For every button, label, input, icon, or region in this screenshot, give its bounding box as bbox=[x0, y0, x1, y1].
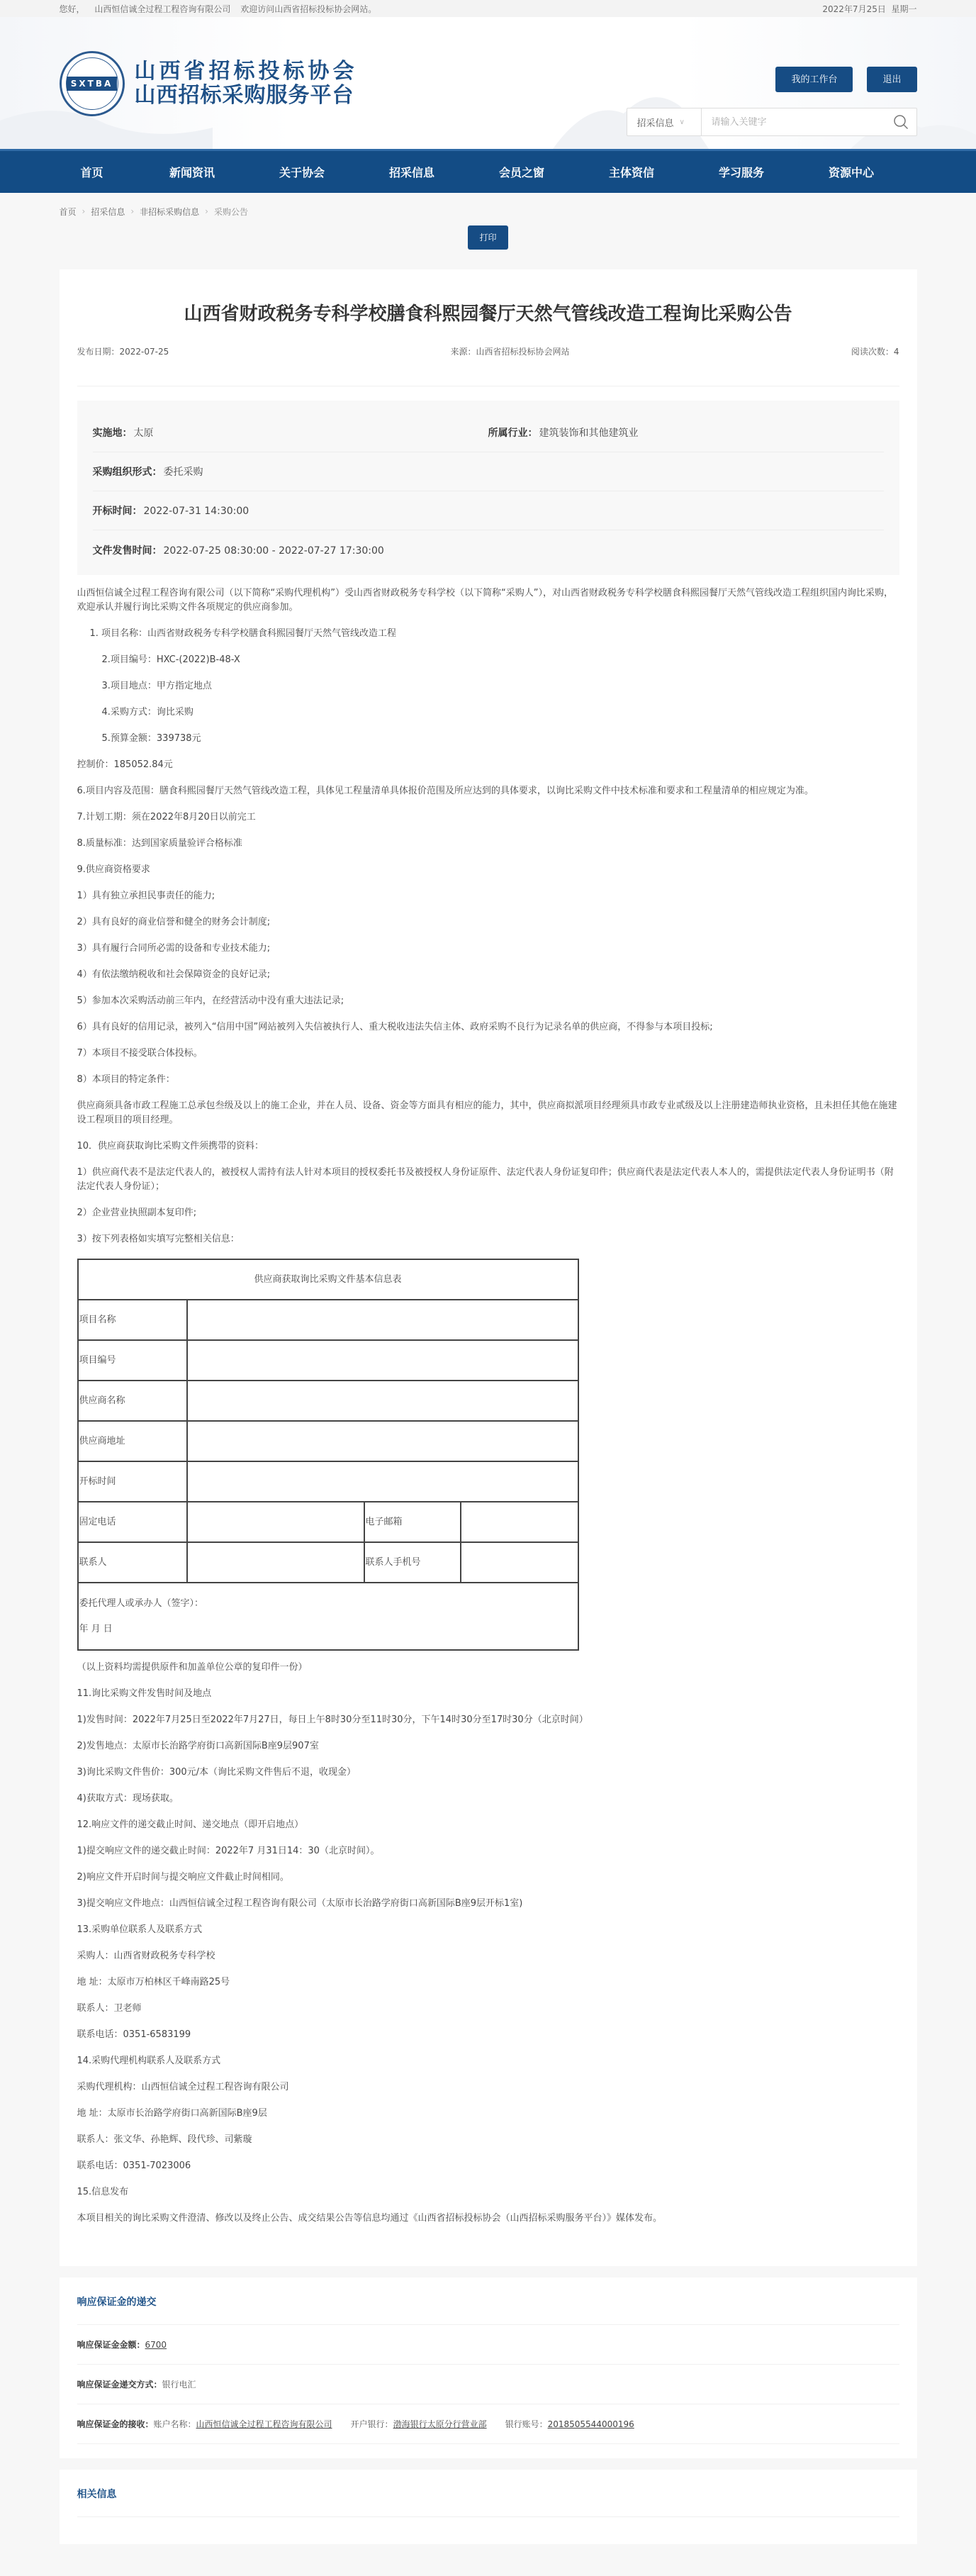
breadcrumb-item[interactable]: 首页 bbox=[60, 206, 77, 218]
body-paragraph: 12.响应文件的递交截止时间、递交地点（即开启地点） bbox=[77, 1818, 899, 1832]
logo-badge: SXTBA bbox=[67, 77, 118, 91]
search-category-select[interactable]: 招采信息 ∨ bbox=[627, 108, 702, 135]
top-bar: 您好， 山西恒信诚全过程工程咨询有限公司 欢迎访问山西省招标投标协会网站。 20… bbox=[0, 0, 976, 17]
table-row-label: 供应商名称 bbox=[78, 1381, 187, 1421]
body-paragraph: 14.采购代理机构联系人及联系方式 bbox=[77, 2054, 899, 2068]
body-paragraph: 4）有依法缴纳税收和社会保障资金的良好记录; bbox=[77, 968, 899, 982]
breadcrumb-item[interactable]: 非招标采购信息 bbox=[140, 206, 199, 218]
body-paragraph: 联系人：张文华、孙艳辉、段代珍、司紫璇 bbox=[77, 2133, 899, 2147]
info-row-org-form: 采购组织形式：委托采购 bbox=[93, 452, 884, 491]
site-logo[interactable]: SXTBA 山西省招标投标协会 山西招标采购服务平台 bbox=[60, 51, 358, 116]
logo-line-1: 山西省招标投标协会 bbox=[135, 60, 358, 84]
body-paragraph: 采购代理机构：山西恒信诚全过程工程咨询有限公司 bbox=[77, 2080, 899, 2095]
nav-item[interactable]: 首页 bbox=[60, 164, 138, 180]
body-paragraph: 控制价：185052.84元 bbox=[77, 758, 899, 772]
project-info-box: 实施地：太原 所属行业：建筑装饰和其他建筑业 采购组织形式：委托采购 开标时间：… bbox=[77, 401, 899, 575]
info-row-sale-time: 文件发售时间：2022-07-25 08:30:00 - 2022-07-27 … bbox=[93, 530, 884, 569]
body-paragraph: 地 址：太原市万柏林区千峰南路25号 bbox=[77, 1975, 899, 1990]
org-form-label: 采购组织形式： bbox=[93, 467, 162, 478]
logout-button[interactable]: 退出 bbox=[867, 67, 916, 92]
body-paragraph: 4.采购方式：询比采购 bbox=[77, 706, 899, 720]
search-icon[interactable] bbox=[885, 114, 916, 130]
deposit-method-value: 银行电汇 bbox=[162, 2378, 196, 2390]
email-label: 电子邮箱 bbox=[364, 1502, 461, 1542]
sale-time-label: 文件发售时间： bbox=[93, 545, 162, 557]
account-no-link[interactable]: 2018505544000196 bbox=[548, 2419, 634, 2429]
header-buttons: 我的工作台 退出 bbox=[775, 67, 916, 92]
table-cell-blank bbox=[187, 1300, 578, 1340]
nav-item[interactable]: 学习服务 bbox=[687, 164, 797, 180]
body-paragraph: 5）参加本次采购活动前三年内，在经营活动中没有重大违法记录; bbox=[77, 994, 899, 1008]
view-count-label: 阅读次数： bbox=[851, 347, 894, 357]
body-paragraph: 6）具有良好的信用记录，被列入“信用中国”网站被列入失信被执行人、重大税收违法失… bbox=[77, 1020, 899, 1035]
greeting-company: 山西恒信诚全过程工程咨询有限公司 bbox=[94, 4, 230, 14]
search-category-label: 招采信息 bbox=[637, 116, 674, 129]
info-row-location: 实施地：太原 所属行业：建筑装饰和其他建筑业 bbox=[93, 413, 884, 452]
breadcrumb-item: 采购公告 bbox=[214, 206, 248, 218]
related-info-section: 相关信息 bbox=[60, 2470, 917, 2544]
deposit-receive-label: 响应保证金的接收： bbox=[77, 2418, 154, 2430]
source-label: 来源： bbox=[451, 347, 476, 357]
table-row: 开标时间 bbox=[78, 1461, 578, 1502]
body-paragraph: 13.采购单位联系人及联系方式 bbox=[77, 1923, 899, 1937]
body-paragraph: 1)发售时间：2022年7月25日至2022年7月27日，每日上午8时30分至1… bbox=[77, 1713, 899, 1727]
table-row-label: 供应商地址 bbox=[78, 1421, 187, 1461]
phone-label: 固定电话 bbox=[78, 1502, 187, 1542]
table-cell-blank bbox=[187, 1381, 578, 1421]
table-row: 项目编号 bbox=[78, 1340, 578, 1381]
site-header: SXTBA 山西省招标投标协会 山西招标采购服务平台 我的工作台 退出 招采信息… bbox=[0, 17, 976, 149]
nav-item[interactable]: 新闻资讯 bbox=[138, 164, 247, 180]
mobile-label: 联系人手机号 bbox=[364, 1542, 461, 1583]
account-no-group: 银行账号：2018505544000196 bbox=[505, 2418, 634, 2430]
table-title: 供应商获取询比采购文件基本信息表 bbox=[78, 1259, 578, 1300]
body-paragraph: 3）具有履行合同所必需的设备和专业技术能力; bbox=[77, 942, 899, 956]
org-form-value: 委托采购 bbox=[164, 467, 203, 478]
weekday-text: 星期一 bbox=[891, 4, 916, 14]
table-row: 供应商名称 bbox=[78, 1381, 578, 1421]
article-body: 山西恒信诚全过程工程咨询有限公司（以下简称“采购代理机构”）受山西省财政税务专科… bbox=[77, 586, 899, 2226]
logo-emblem: SXTBA bbox=[60, 51, 125, 116]
table-cell-blank bbox=[461, 1502, 578, 1542]
body-paragraph: 山西恒信诚全过程工程咨询有限公司（以下简称“采购代理机构”）受山西省财政税务专科… bbox=[77, 586, 899, 615]
table-row-label: 项目编号 bbox=[78, 1340, 187, 1381]
contact-label: 联系人 bbox=[78, 1542, 187, 1583]
body-paragraph: 6.项目内容及范围：膳食科熙园餐厅天然气管线改造工程，具体见工程量清单具体报价范… bbox=[77, 784, 899, 798]
deposit-section-title: 响应保证金的递交 bbox=[77, 2295, 899, 2325]
body-paragraph: 7.计划工期：须在2022年8月20日以前完工 bbox=[77, 810, 899, 825]
body-paragraph: （以上资料均需提供原件和加盖单位公章的复印件一份） bbox=[77, 1661, 899, 1675]
signature-label: 委托代理人或承办人（签字）： bbox=[79, 1591, 577, 1617]
bank-label: 开户银行： bbox=[351, 2419, 393, 2429]
table-cell-blank bbox=[187, 1461, 578, 1502]
article-card: 山西省财政税务专科学校膳食科熙园餐厅天然气管线改造工程询比采购公告 发布日期：2… bbox=[60, 269, 917, 2266]
article-meta: 发布日期：2022-07-25 来源：山西省招标投标协会网站 阅读次数：4 bbox=[77, 345, 899, 386]
deposit-amount-row: 响应保证金金额： 6700 bbox=[77, 2325, 899, 2365]
body-paragraph: 11.询比采购文件发售时间及地点 bbox=[77, 1687, 899, 1701]
deposit-method-label: 响应保证金递交方式： bbox=[77, 2378, 162, 2390]
table-row-label: 开标时间 bbox=[78, 1461, 187, 1502]
industry-label: 所属行业： bbox=[488, 428, 538, 439]
search-input[interactable] bbox=[702, 117, 885, 128]
body-paragraph: 3.项目地点：甲方指定地点 bbox=[77, 679, 899, 693]
nav-item[interactable]: 资源中心 bbox=[797, 164, 907, 180]
related-info-title: 相关信息 bbox=[77, 2487, 899, 2517]
signature-cell: 委托代理人或承办人（签字）：年 月 日 bbox=[78, 1583, 578, 1650]
deposit-amount-label: 响应保证金金额： bbox=[77, 2338, 145, 2351]
body-paragraph: 采购人：山西省财政税务专科学校 bbox=[77, 1949, 899, 1963]
account-name-label: 账户名称： bbox=[154, 2419, 196, 2429]
bank-link[interactable]: 渤海银行太原分行营业部 bbox=[393, 2419, 487, 2429]
breadcrumb-separator-icon: › bbox=[82, 206, 86, 216]
nav-item[interactable]: 会员之窗 bbox=[467, 164, 577, 180]
table-cell-blank bbox=[187, 1340, 578, 1381]
body-paragraph: 本项目相关的询比采购文件澄清、修改以及终止公告、成交结果公告等信息均通过《山西省… bbox=[77, 2212, 899, 2226]
account-name-link[interactable]: 山西恒信诚全过程工程咨询有限公司 bbox=[196, 2419, 332, 2429]
nav-item[interactable]: 主体资信 bbox=[577, 164, 687, 180]
account-name-group: 账户名称：山西恒信诚全过程工程咨询有限公司 bbox=[154, 2418, 332, 2430]
breadcrumb-item[interactable]: 招采信息 bbox=[91, 206, 125, 218]
table-cell-blank bbox=[461, 1542, 578, 1583]
page-title: 山西省财政税务专科学校膳食科熙园餐厅天然气管线改造工程询比采购公告 bbox=[77, 291, 899, 325]
body-paragraph: 地 址：太原市长治路学府街口高新国际B座9层 bbox=[77, 2107, 899, 2121]
supplier-info-table: 供应商获取询比采购文件基本信息表 项目名称项目编号供应商名称供应商地址开标时间固… bbox=[77, 1259, 579, 1651]
body-paragraph: 1)提交响应文件的递交截止时间：2022年7 月31日14：30（北京时间）。 bbox=[77, 1844, 899, 1858]
location-value: 太原 bbox=[134, 428, 154, 439]
body-paragraph: 15.信息发布 bbox=[77, 2185, 899, 2199]
body-paragraph: 2)响应文件开启时间与提交响应文件截止时间相同。 bbox=[77, 1870, 899, 1885]
table-row: 供应商地址 bbox=[78, 1421, 578, 1461]
table-cell-blank bbox=[187, 1542, 364, 1583]
deposit-section: 响应保证金的递交 响应保证金金额： 6700 响应保证金递交方式： 银行电汇 响… bbox=[60, 2277, 917, 2458]
body-paragraph: 7）本项目不接受联合体投标。 bbox=[77, 1047, 899, 1061]
deposit-method-row: 响应保证金递交方式： 银行电汇 bbox=[77, 2365, 899, 2404]
body-paragraph: 3)询比采购文件售价：300元/本（询比采购文件售后不退，收现金） bbox=[77, 1766, 899, 1780]
table-row-label: 项目名称 bbox=[78, 1300, 187, 1340]
body-paragraph: 9.供应商资格要求 bbox=[77, 863, 899, 877]
table-row: 项目名称 bbox=[78, 1300, 578, 1340]
body-paragraph: 4)获取方式：现场获取。 bbox=[77, 1792, 899, 1806]
breadcrumb: 首页›招采信息›非招标采购信息›采购公告 bbox=[60, 193, 917, 221]
body-paragraph: 8）本项目的特定条件： bbox=[77, 1073, 899, 1087]
account-no-label: 银行账号： bbox=[505, 2419, 548, 2429]
greeting-welcome: 欢迎访问山西省招标投标协会网站。 bbox=[240, 4, 376, 14]
body-paragraph: 2.项目编号：HXC-(2022)B-48-X bbox=[77, 653, 899, 667]
logo-line-2: 山西招标采购服务平台 bbox=[135, 84, 358, 108]
chevron-down-icon: ∨ bbox=[680, 118, 685, 126]
date-text: 2022年7月25日 bbox=[822, 4, 885, 14]
body-paragraph: 联系电话：0351-6583199 bbox=[77, 2028, 899, 2042]
table-row: 固定电话电子邮箱 bbox=[78, 1502, 578, 1542]
body-paragraph: 10．供应商获取询比采购文件须携带的资料： bbox=[77, 1139, 899, 1154]
view-count: 阅读次数：4 bbox=[851, 345, 899, 357]
body-paragraph: 供应商须具备市政工程施工总承包叁级及以上的施工企业，并在人员、设备、资金等方面具… bbox=[77, 1099, 899, 1127]
table-row: 委托代理人或承办人（签字）：年 月 日 bbox=[78, 1583, 578, 1650]
publish-date-value: 2022-07-25 bbox=[120, 347, 169, 357]
current-date: 2022年7月25日 星期一 bbox=[822, 3, 916, 15]
deposit-receive-row: 响应保证金的接收： 账户名称：山西恒信诚全过程工程咨询有限公司 开户银行：渤海银… bbox=[77, 2404, 899, 2444]
main-nav: 首页新闻资讯关于协会招采信息会员之窗主体资信学习服务资源中心 bbox=[0, 149, 976, 193]
signature-date-label: 年 月 日 bbox=[79, 1617, 577, 1642]
logo-text: 山西省招标投标协会 山西招标采购服务平台 bbox=[135, 60, 358, 108]
body-paragraph: 1. 项目名称：山西省财政税务专科学校膳食科熙园餐厅天然气管线改造工程 bbox=[77, 627, 899, 641]
body-paragraph: 8.质量标准：达到国家质量验评合格标准 bbox=[77, 837, 899, 851]
body-paragraph: 3)提交响应文件地点：山西恒信诚全过程工程咨询有限公司（太原市长治路学府街口高新… bbox=[77, 1897, 899, 1911]
publish-date: 发布日期：2022-07-25 bbox=[77, 345, 169, 357]
info-row-open-time: 开标时间：2022-07-31 14:30:00 bbox=[93, 491, 884, 530]
source-value: 山西省招标投标协会网站 bbox=[476, 347, 570, 357]
industry-value: 建筑装饰和其他建筑业 bbox=[539, 428, 639, 439]
location-label: 实施地： bbox=[93, 428, 133, 439]
publish-date-label: 发布日期： bbox=[77, 347, 120, 357]
breadcrumb-separator-icon: › bbox=[130, 206, 134, 216]
body-paragraph: 联系人：卫老师 bbox=[77, 2002, 899, 2016]
body-paragraph: 2）企业营业执照副本复印件; bbox=[77, 1206, 899, 1220]
sale-time-value: 2022-07-25 08:30:00 - 2022-07-27 17:30:0… bbox=[164, 545, 384, 557]
table-cell-blank bbox=[187, 1421, 578, 1461]
nav-item[interactable]: 招采信息 bbox=[357, 164, 467, 180]
open-time-value: 2022-07-31 14:30:00 bbox=[144, 506, 249, 517]
body-paragraph: 1）具有独立承担民事责任的能力; bbox=[77, 889, 899, 903]
nav-item[interactable]: 关于协会 bbox=[247, 164, 357, 180]
open-time-label: 开标时间： bbox=[93, 506, 142, 517]
workspace-button[interactable]: 我的工作台 bbox=[775, 67, 853, 92]
breadcrumb-separator-icon: › bbox=[205, 206, 208, 216]
greeting-hello: 您好， bbox=[60, 4, 85, 14]
body-paragraph: 2）具有良好的商业信誉和健全的财务会计制度; bbox=[77, 915, 899, 930]
greeting: 您好， 山西恒信诚全过程工程咨询有限公司 欢迎访问山西省招标投标协会网站。 bbox=[60, 3, 384, 15]
body-paragraph: 1）供应商代表不是法定代表人的，被授权人需持有法人针对本项目的授权委托书及被授权… bbox=[77, 1166, 899, 1194]
body-paragraph: 2)发售地点：太原市长治路学府街口高新国际B座9层907室 bbox=[77, 1739, 899, 1753]
source: 来源：山西省招标投标协会网站 bbox=[451, 345, 570, 357]
bank-group: 开户银行：渤海银行太原分行营业部 bbox=[351, 2418, 487, 2430]
view-count-value: 4 bbox=[894, 347, 899, 357]
table-cell-blank bbox=[187, 1502, 364, 1542]
body-paragraph: 3）按下列表格如实填写完整相关信息： bbox=[77, 1232, 899, 1247]
search-bar: 招采信息 ∨ bbox=[627, 108, 917, 136]
body-paragraph: 5.预算金额：339738元 bbox=[77, 732, 899, 746]
body-paragraph: 联系电话：0351-7023006 bbox=[77, 2159, 899, 2173]
print-button[interactable]: 打印 bbox=[468, 225, 507, 250]
table-row: 联系人联系人手机号 bbox=[78, 1542, 578, 1583]
deposit-amount-link[interactable]: 6700 bbox=[145, 2340, 167, 2350]
